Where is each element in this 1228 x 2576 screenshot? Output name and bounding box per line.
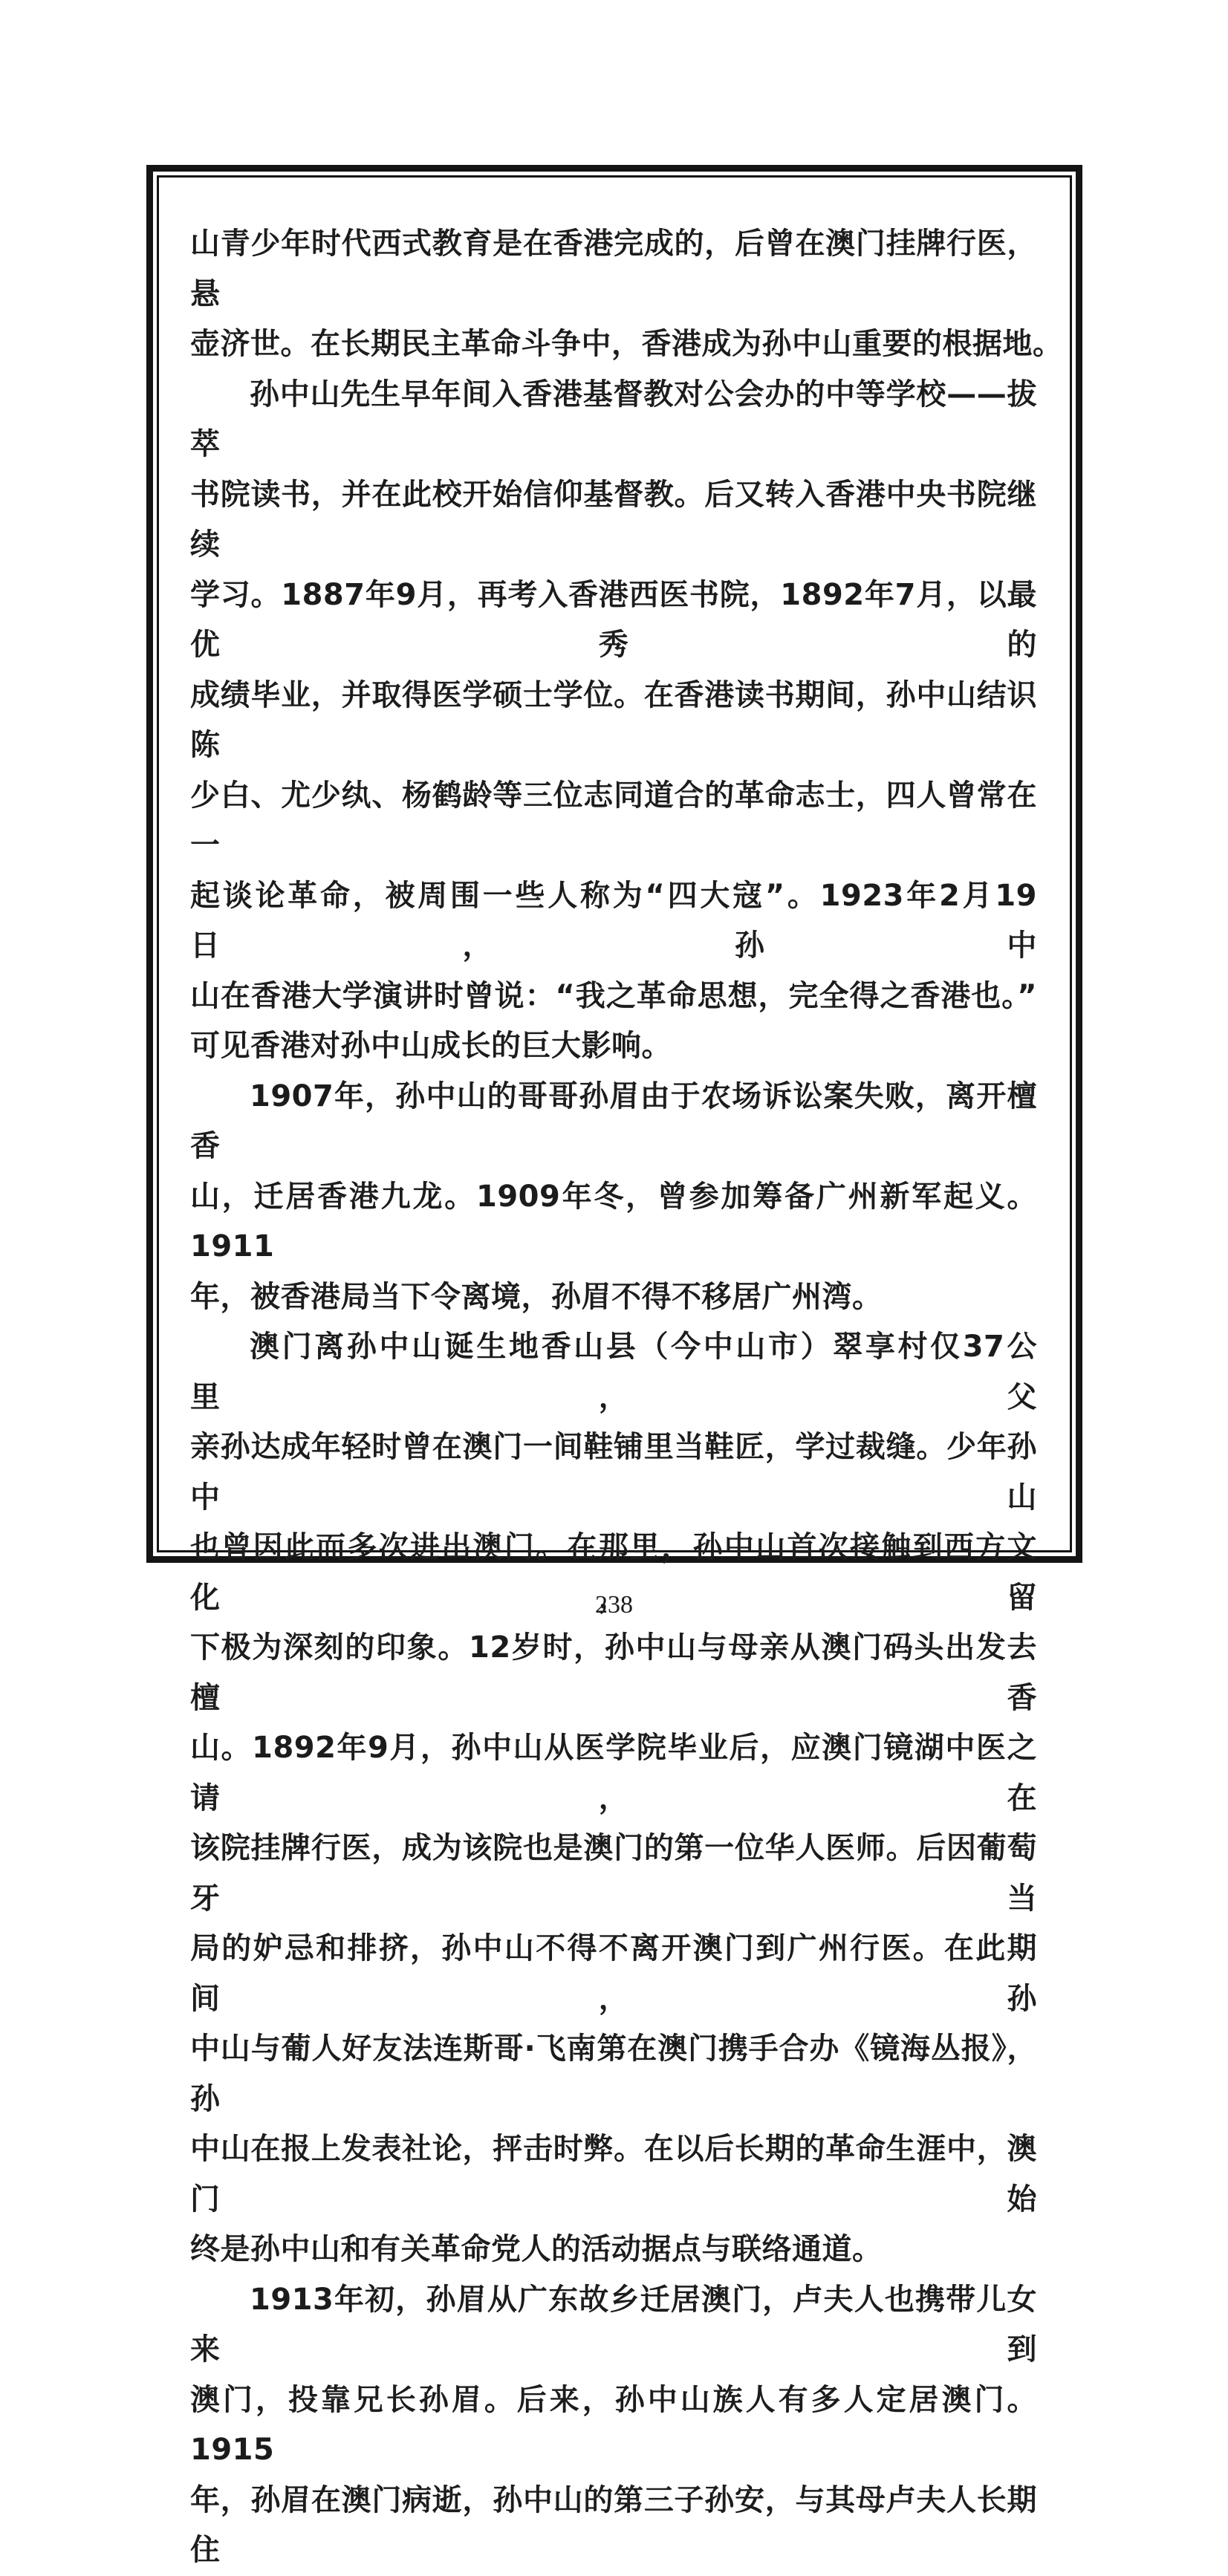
page-number: 238 xyxy=(0,1591,1228,1619)
text-line: 澳门离孙中山诞生地香山县（今中山市）翠享村仅37公里，父 xyxy=(190,1322,1037,1422)
text-line: 少白、尤少纨、杨鹤龄等三位志同道合的革命志士，四人曾常在一 xyxy=(190,771,1037,871)
text-line: 1913年初，孙眉从广东故乡迁居澳门，卢夫人也携带儿女来到 xyxy=(190,2275,1037,2375)
text-line: 年，被香港局当下令离境，孙眉不得不移居广州湾。 xyxy=(190,1272,1037,1323)
text-line: 年，孙眉在澳门病逝，孙中山的第三子孙安，与其母卢夫人长期住 xyxy=(190,2476,1037,2576)
text-line: 成绩毕业，并取得医学硕士学位。在香港读书期间，孙中山结识陈 xyxy=(190,671,1037,771)
text-line: 下极为深刻的印象。12岁时，孙中山与母亲从澳门码头出发去檀香 xyxy=(190,1623,1037,1723)
text-line: 山在香港大学演讲时曾说：“我之革命思想，完全得之香港也。” xyxy=(190,972,1037,1022)
text-line: 山青少年时代西式教育是在香港完成的，后曾在澳门挂牌行医，悬 xyxy=(190,219,1037,319)
text-line: 中山与葡人好友法连斯哥·飞南第在澳门携手合办《镜海丛报》，孙 xyxy=(190,2024,1037,2124)
text-line: 澳门，投靠兄长孙眉。后来，孙中山族人有多人定居澳门。1915 xyxy=(190,2375,1037,2476)
text-line: 1907年，孙中山的哥哥孙眉由于农场诉讼案失败，离开檀香 xyxy=(190,1072,1037,1172)
text-line: 局的妒忌和排挤，孙中山不得不离开澳门到广州行医。在此期间，孙 xyxy=(190,1924,1037,2024)
text-line: 起谈论革命，被周围一些人称为“四大寇”。1923年2月19日，孙中 xyxy=(190,871,1037,972)
text-line: 山，迁居香港九龙。1909年冬，曾参加筹备广州新军起义。1911 xyxy=(190,1172,1037,1272)
text-block: 山青少年时代西式教育是在香港完成的，后曾在澳门挂牌行医，悬壶济世。在长期民主革命… xyxy=(190,219,1037,2576)
text-line: 终是孙中山和有关革命党人的活动据点与联络通道。 xyxy=(190,2225,1037,2275)
text-line: 亲孙达成年轻时曾在澳门一间鞋铺里当鞋匠，学过裁缝。少年孙中山 xyxy=(190,1422,1037,1523)
text-line: 可见香港对孙中山成长的巨大影响。 xyxy=(190,1021,1037,1072)
text-line: 山。1892年9月，孙中山从医学院毕业后，应澳门镜湖中医之请，在 xyxy=(190,1723,1037,1824)
text-line: 中山在报上发表社论，抨击时弊。在以后长期的革命生涯中，澳门始 xyxy=(190,2124,1037,2225)
text-line: 该院挂牌行医，成为该院也是澳门的第一位华人医师。后因葡萄牙当 xyxy=(190,1824,1037,1924)
page-border-outer: 山青少年时代西式教育是在香港完成的，后曾在澳门挂牌行医，悬壶济世。在长期民主革命… xyxy=(146,165,1082,1563)
text-line: 孙中山先生早年间入香港基督教对公会办的中等学校——拔萃 xyxy=(190,370,1037,470)
text-line: 学习。1887年9月，再考入香港西医书院，1892年7月，以最优秀的 xyxy=(190,570,1037,671)
text-line: 壶济世。在长期民主革命斗争中，香港成为孙中山重要的根据地。 xyxy=(190,319,1037,370)
page-border-inner: 山青少年时代西式教育是在香港完成的，后曾在澳门挂牌行医，悬壶济世。在长期民主革命… xyxy=(157,175,1072,1552)
text-line: 书院读书，并在此校开始信仰基督教。后又转入香港中央书院继续 xyxy=(190,470,1037,570)
